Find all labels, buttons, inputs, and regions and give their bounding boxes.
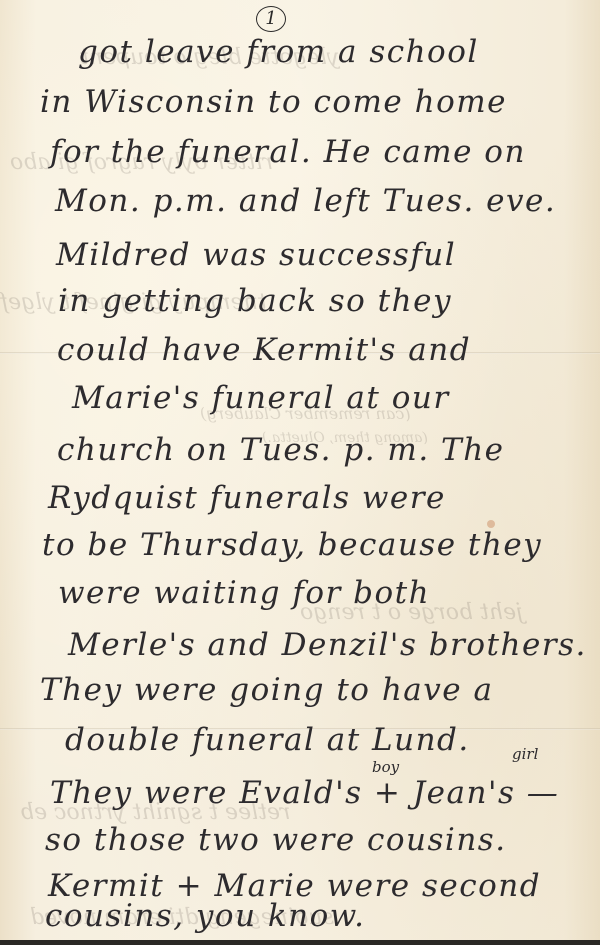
paper-stain xyxy=(487,520,495,528)
letter-line: Merle's and Denzil's brothers. xyxy=(68,627,587,663)
letter-line: in Wisconsin to come home xyxy=(40,84,507,120)
letter-line: in getting back so they xyxy=(58,283,452,319)
annotation-boy: boy xyxy=(372,758,399,776)
letter-page: ylegotte bleg o toupent ritter oyly ragr… xyxy=(0,0,600,940)
letter-line: were waiting for both xyxy=(58,575,430,611)
letter-line: Mon. p.m. and left Tues. eve. xyxy=(55,183,556,219)
letter-line: could have Kermit's and xyxy=(57,332,471,368)
annotation-girl: girl xyxy=(512,745,538,763)
letter-line: church on Tues. p. m. The xyxy=(57,432,505,468)
letter-line: for the funeral. He came on xyxy=(50,134,526,170)
letter-line: Mildred was successful xyxy=(56,237,456,273)
page-number-circle: 1 xyxy=(256,6,286,32)
letter-line: so those two were cousins. xyxy=(45,822,507,858)
letter-line: They were going to have a xyxy=(40,672,493,708)
scan-edge xyxy=(0,940,600,945)
letter-line: to be Thursday, because they xyxy=(42,527,542,563)
letter-line: They were Evald's + Jean's — xyxy=(50,775,559,811)
letter-line: double funeral at Lund. xyxy=(65,722,470,758)
letter-line: Rydquist funerals were xyxy=(48,480,446,516)
letter-line: got leave from a school xyxy=(78,34,479,70)
letter-line: Marie's funeral at our xyxy=(72,380,450,416)
letter-line: cousins, you know. xyxy=(45,898,366,934)
